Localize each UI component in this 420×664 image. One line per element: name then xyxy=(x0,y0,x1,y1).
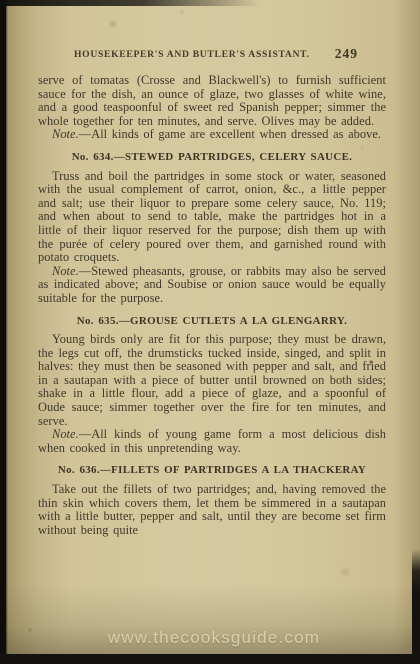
book-page: HOUSEKEEPER'S AND BUTLER'S ASSISTANT. 24… xyxy=(8,0,420,654)
watermark-text: www.thecooksguide.com xyxy=(8,628,420,648)
note-label: Note. xyxy=(52,127,79,141)
scan-top-border xyxy=(0,0,260,6)
scanned-book-page: HOUSEKEEPER'S AND BUTLER'S ASSISTANT. 24… xyxy=(0,0,420,664)
recipe-634-heading: No. 634.—STEWED PARTRIDGES, CELERY SAUCE… xyxy=(38,151,386,165)
recipe-635-body: Young birds only are fit for this purpos… xyxy=(38,333,386,428)
recipe-635-note: Note.—All kinds of young game form a mos… xyxy=(38,428,386,455)
scan-left-border xyxy=(0,0,8,664)
recipe-636-body: Take out the fillets of two partridges; … xyxy=(38,483,386,537)
recipe-635-heading: No. 635.—GROUSE CUTLETS A LA GLENGARRY. xyxy=(38,315,386,329)
page-body: serve of tomatas (Crosse and Blackwell's… xyxy=(38,74,386,537)
scan-bottom-right-border xyxy=(412,549,420,664)
header-title: HOUSEKEEPER'S AND BUTLER'S ASSISTANT. xyxy=(74,49,310,60)
scan-bottom-border xyxy=(0,654,420,664)
running-header: HOUSEKEEPER'S AND BUTLER'S ASSISTANT. 24… xyxy=(38,46,386,64)
note-label: Note. xyxy=(52,264,79,278)
recipe-634-note: Note.—Stewed pheasants, grouse, or rabbi… xyxy=(38,265,386,306)
note-text: —All kinds of game are excellent when dr… xyxy=(79,127,381,141)
intro-note: Note.—All kinds of game are excellent wh… xyxy=(38,128,386,142)
note-text: —All kinds of young game form a most del… xyxy=(38,427,386,455)
recipe-634-body: Truss and boil the partridges in some st… xyxy=(38,170,386,265)
note-label: Note. xyxy=(52,427,79,441)
page-number: 249 xyxy=(335,46,358,62)
intro-paragraph: serve of tomatas (Crosse and Blackwell's… xyxy=(38,74,386,128)
note-text: —Stewed pheasants, grouse, or rabbits ma… xyxy=(38,264,386,305)
recipe-636-heading: No. 636.—FILLETS OF PARTRIDGES A LA THAC… xyxy=(38,464,386,478)
